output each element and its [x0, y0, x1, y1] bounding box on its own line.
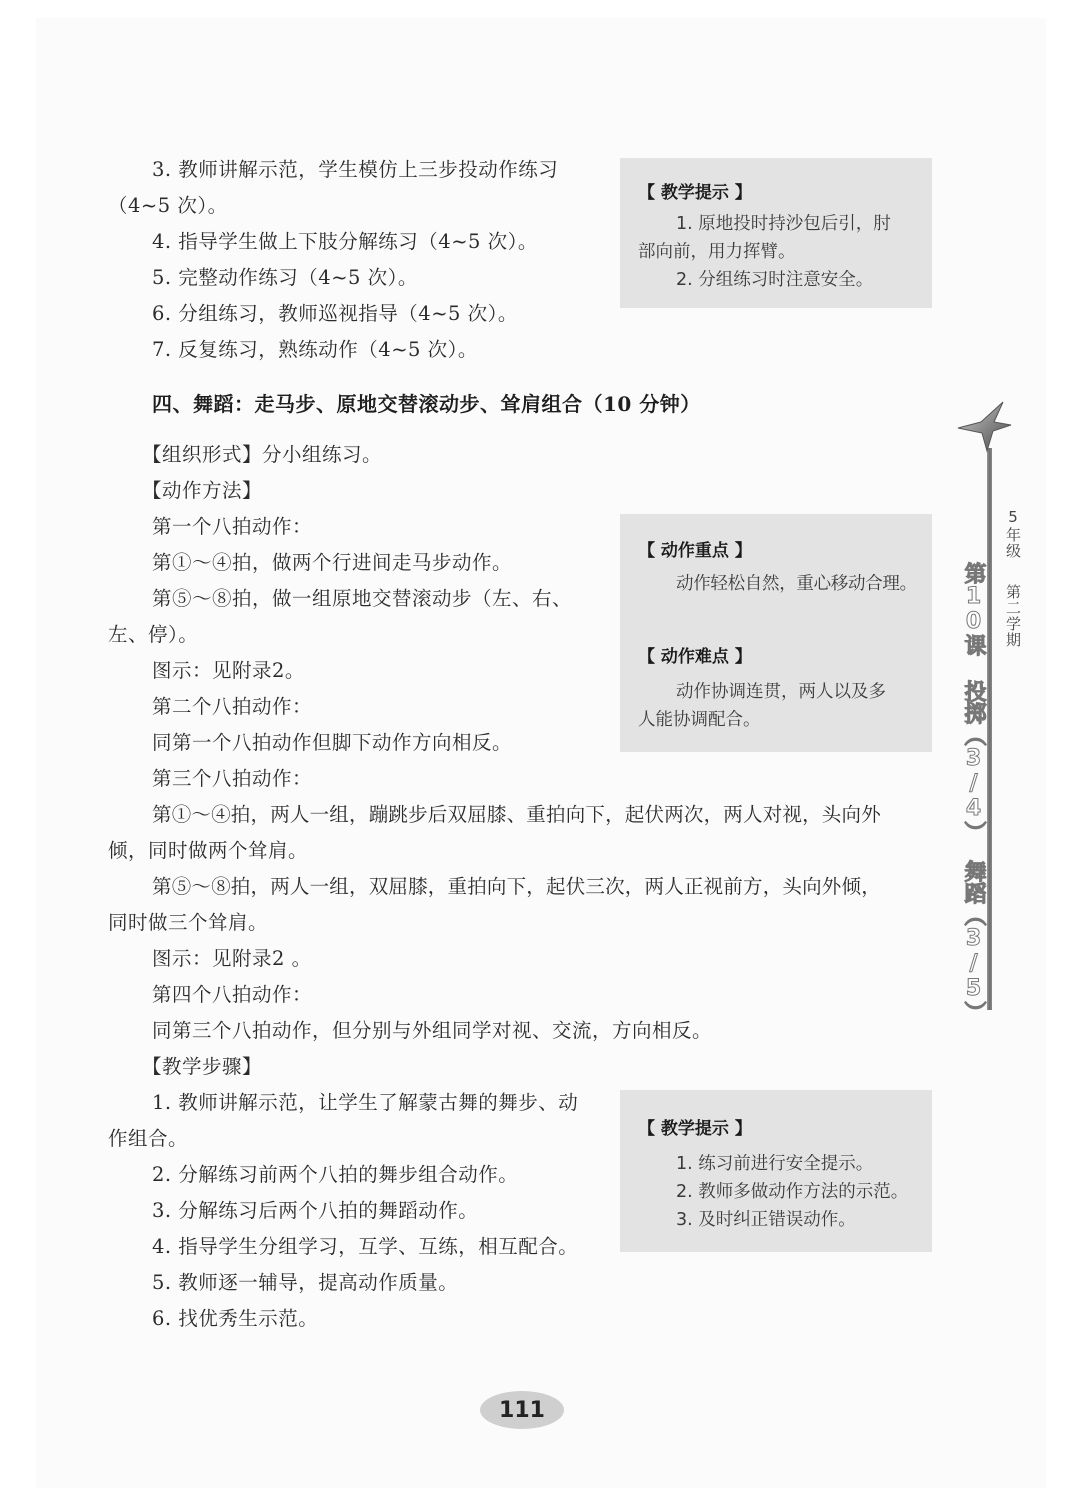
step-5-line: 5. 完整动作练习（4~5 次）。: [152, 265, 418, 291]
teaching-step: 6. 找优秀生示范。: [152, 1306, 318, 1332]
teaching-step: 5. 教师逐一辅导，提高动作质量。: [152, 1270, 458, 1296]
step-7-line: 7. 反复练习，熟练动作（4~5 次）。: [152, 337, 478, 363]
steps-label: 【教学步骤】: [142, 1054, 262, 1080]
tip-box-3-line: 1. 练习前进行安全提示。: [676, 1150, 873, 1179]
teaching-step: 3. 分解练习后两个八拍的舞蹈动作。: [152, 1198, 478, 1224]
tip-box-1-line-3: 2. 分组练习时注意安全。: [676, 266, 873, 295]
difficulty-line-1: 动作协调连贯，两人以及多: [676, 678, 886, 707]
sidebar-topic-throwing: 投掷（3/4）: [958, 680, 989, 843]
method-line: 图示：见附录2。: [152, 658, 305, 684]
sidebar-lesson: 第10课: [958, 562, 989, 656]
star-icon: [955, 398, 1015, 458]
teaching-step: 4. 指导学生分组学习，互学、互练，相互配合。: [152, 1234, 578, 1260]
method-line: 第三个八拍动作：: [152, 766, 312, 792]
step-6-line: 6. 分组练习，教师巡视指导（4~5 次）。: [152, 301, 518, 327]
method-label: 【动作方法】: [142, 478, 262, 504]
method-line: 第一个八拍动作：: [152, 514, 312, 540]
tip-box-3-line: 3. 及时纠正错误动作。: [676, 1206, 856, 1235]
key-point-title: 【 动作重点 】: [638, 536, 752, 561]
key-point-text: 动作轻松自然，重心移动合理。: [676, 570, 917, 599]
step-3-line: 3. 教师讲解示范，学生模仿上三步投动作练习: [152, 157, 558, 183]
page-number: 111: [480, 1391, 564, 1429]
method-line: 第四个八拍动作：: [152, 982, 312, 1008]
teaching-tip-box-1: 【 教学提示 】 1. 原地投时持沙包后引，肘 部向前，用力挥臂。 2. 分组练…: [620, 158, 932, 308]
method-line: 第二个八拍动作：: [152, 694, 312, 720]
tip-box-3-line: 2. 教师多做动作方法的示范。: [676, 1178, 908, 1207]
method-line: 同时做三个耸肩。: [108, 910, 268, 936]
tip-box-3-title: 【 教学提示 】: [638, 1114, 752, 1139]
method-line: 同第三个八拍动作，但分别与外组同学对视、交流，方向相反。: [152, 1018, 712, 1044]
tip-box-1-line-1: 1. 原地投时持沙包后引，肘: [676, 210, 891, 239]
teaching-tip-box-2: 【 教学提示 】 1. 练习前进行安全提示。 2. 教师多做动作方法的示范。 3…: [620, 1090, 932, 1252]
method-line: 同第一个八拍动作但脚下动作方向相反。: [152, 730, 512, 756]
sidebar-topic-dance: 舞蹈（3/5）: [958, 860, 989, 1023]
section-heading: 四、舞蹈：走马步、原地交替滚动步、耸肩组合（10 分钟）: [152, 390, 701, 418]
method-line: 倾，同时做两个耸肩。: [108, 838, 308, 864]
method-line: 左、停）。: [108, 622, 198, 648]
method-line: 图示：见附录2 。: [152, 946, 312, 972]
tip-box-1-title: 【 教学提示 】: [638, 178, 752, 203]
teaching-step: 作组合。: [108, 1126, 188, 1152]
difficulty-title: 【 动作难点 】: [638, 642, 752, 667]
step-3-cont: （4~5 次）。: [108, 193, 228, 219]
step-4-line: 4. 指导学生做上下肢分解练习（4~5 次）。: [152, 229, 538, 255]
method-line: 第①～④拍，做两个行进间走马步动作。: [152, 550, 512, 576]
teaching-step: 1. 教师讲解示范，让学生了解蒙古舞的舞步、动: [152, 1090, 578, 1116]
tip-box-1-line-2: 部向前，用力挥臂。: [638, 238, 796, 267]
sidebar-grade: 5年级: [1003, 508, 1024, 559]
key-points-box: 【 动作重点 】 动作轻松自然，重心移动合理。 【 动作难点 】 动作协调连贯，…: [620, 514, 932, 752]
method-line: 第⑤～⑧拍，两人一组，双屈膝，重拍向下，起伏三次，两人正视前方，头向外倾，: [152, 874, 881, 900]
organization-line: 【组织形式】分小组练习。: [142, 442, 382, 468]
sidebar-term: 第二学期: [1003, 584, 1024, 648]
method-line: 第①～④拍，两人一组，蹦跳步后双屈膝、重拍向下，起伏两次，两人对视，头向外: [152, 802, 881, 828]
method-line: 第⑤～⑧拍，做一组原地交替滚动步（左、右、: [152, 586, 572, 612]
teaching-step: 2. 分解练习前两个八拍的舞步组合动作。: [152, 1162, 518, 1188]
difficulty-line-2: 人能协调配合。: [638, 706, 761, 735]
